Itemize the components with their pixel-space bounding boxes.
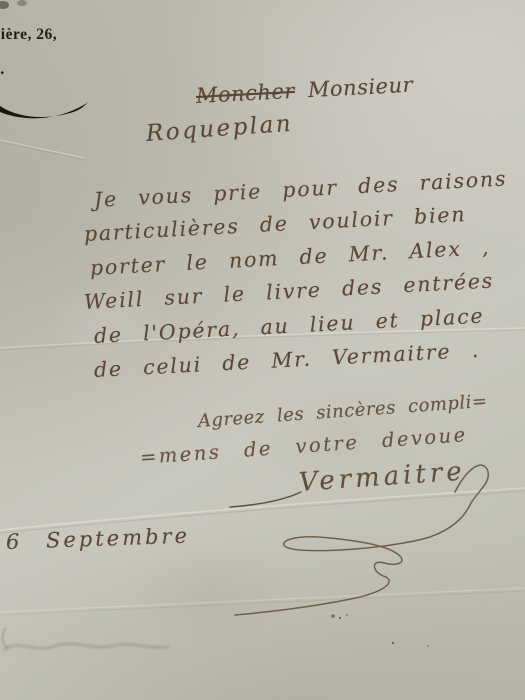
printed-swash — [0, 102, 88, 118]
letterhead-city-line: s. — [0, 59, 5, 79]
ink-specks — [331, 614, 428, 647]
ink-bleed-marks — [2, 628, 168, 650]
handwritten-letter-photo: lière, 26, s. Moncher Monsieur Roqueplan… — [0, 0, 525, 700]
letterhead-street-line: lière, 26, — [0, 26, 57, 44]
corner-smudges — [0, 0, 27, 9]
